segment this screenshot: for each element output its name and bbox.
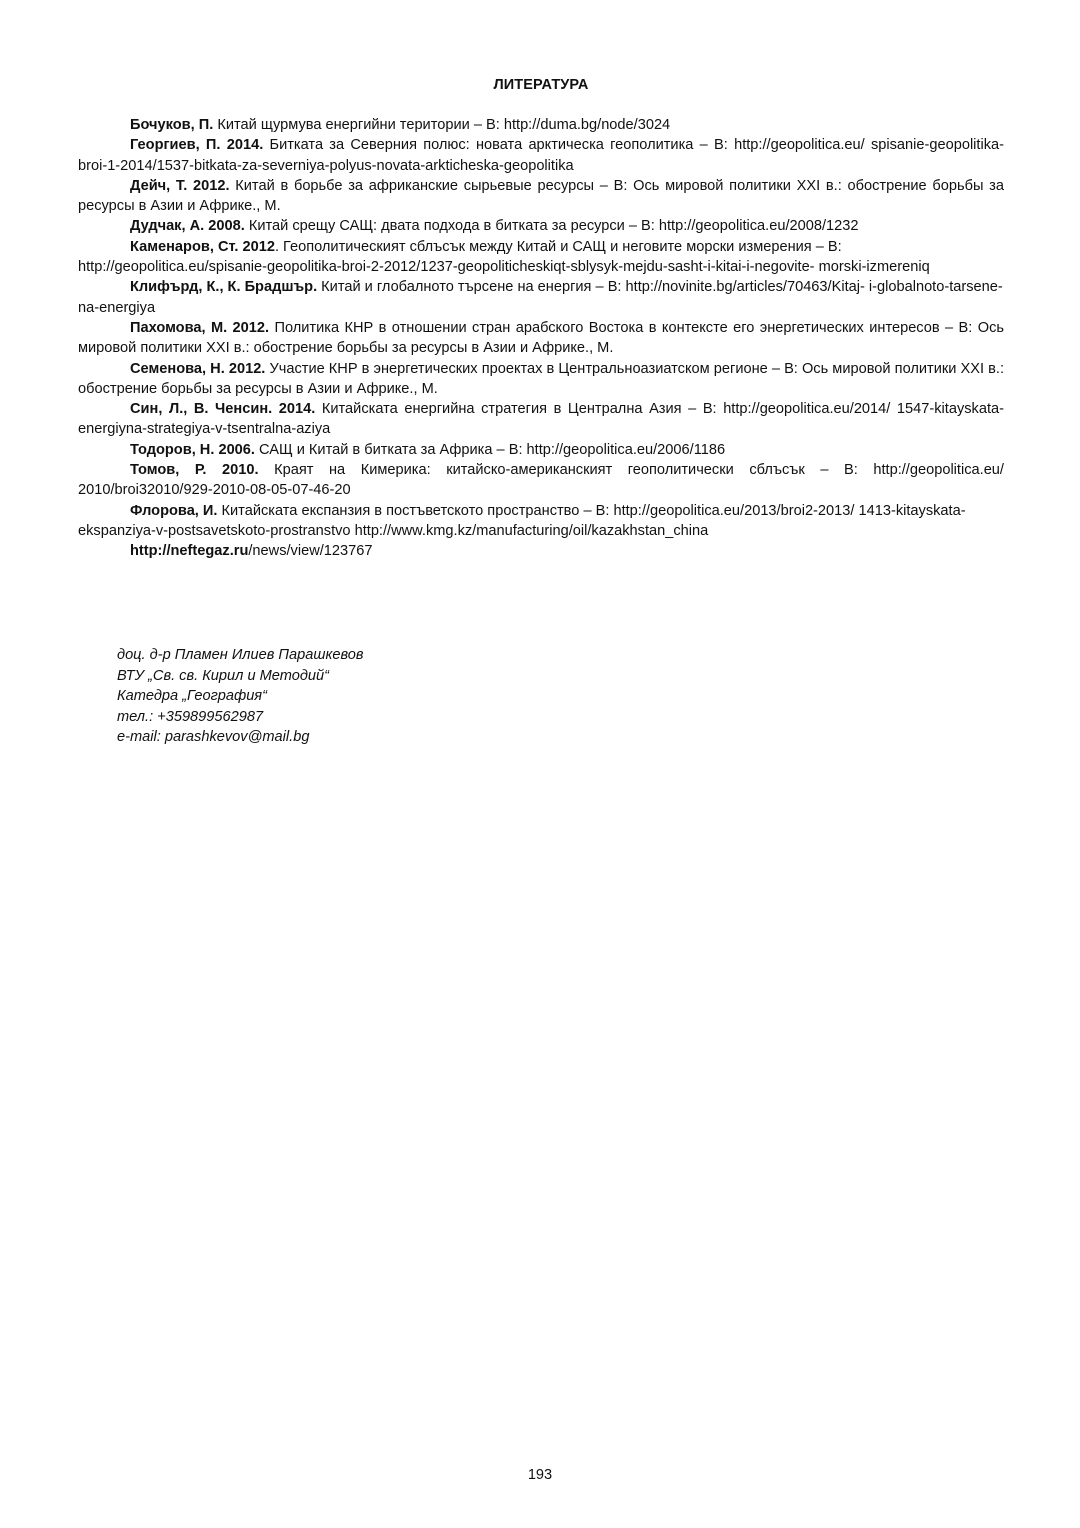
reference-author: Томов, Р. 2010. (130, 462, 259, 478)
reference-author: http://neftegaz.ru (130, 543, 248, 559)
reference-text: САЩ и Китай в битката за Африка – В: htt… (255, 442, 725, 458)
reference-author: Дейч, Т. 2012. (130, 178, 230, 194)
reference-author: Клифърд, К., К. Брадшър. (130, 279, 317, 295)
author-signature: доц. д-р Пламен Илиев Парашкевов ВТУ „Св… (117, 645, 364, 748)
reference-author: Пахомова, М. 2012. (130, 320, 269, 336)
author-institution: ВТУ „Св. св. Кирил и Методий“ (117, 666, 364, 687)
page-content: ЛИТЕРАТУРА Бочуков, П. Китай щурмува ене… (78, 77, 1004, 562)
reference-item: Томов, Р. 2010. Краят на Кимерика: китай… (78, 460, 1004, 501)
reference-author: Георгиев, П. 2014. (130, 137, 263, 153)
reference-item: Бочуков, П. Китай щурмува енергийни тери… (78, 115, 1004, 135)
reference-author: Семенова, Н. 2012. (130, 361, 265, 377)
reference-item: Син, Л., В. Ченсин. 2014. Китайската ене… (78, 399, 1004, 440)
reference-item: Тодоров, Н. 2006. САЩ и Китай в битката … (78, 440, 1004, 460)
reference-item: Дудчак, А. 2008. Китай срещу САЩ: двата … (78, 216, 1004, 236)
reference-item: Клифърд, К., К. Брадшър. Китай и глобалн… (78, 277, 1004, 318)
reference-item: Флорова, И. Китайската експанзия в постъ… (78, 501, 1004, 542)
reference-author: Каменаров, Ст. 2012 (130, 239, 275, 255)
reference-author: Тодоров, Н. 2006. (130, 442, 255, 458)
reference-author: Дудчак, А. 2008. (130, 218, 245, 234)
reference-text: /news/view/123767 (248, 543, 372, 559)
reference-author: Син, Л., В. Ченсин. 2014. (130, 401, 315, 417)
reference-item: Пахомова, М. 2012. Политика КНР в отноше… (78, 318, 1004, 359)
author-name: доц. д-р Пламен Илиев Парашкевов (117, 645, 364, 666)
reference-author: Бочуков, П. (130, 117, 213, 133)
reference-item: Георгиев, П. 2014. Битката за Северния п… (78, 135, 1004, 176)
reference-item: Каменаров, Ст. 2012. Геополитическият сб… (78, 237, 1004, 278)
reference-author: Флорова, И. (130, 503, 217, 519)
page-number: 193 (0, 1467, 1080, 1483)
section-title: ЛИТЕРАТУРА (78, 77, 1004, 93)
reference-text: Китай щурмува енергийни територии – В: h… (213, 117, 670, 133)
reference-item: http://neftegaz.ru/news/view/123767 (78, 541, 1004, 561)
reference-item: Дейч, Т. 2012. Китай в борьбе за африкан… (78, 176, 1004, 217)
reference-item: Семенова, Н. 2012. Участие КНР в энергет… (78, 359, 1004, 400)
author-department: Катедра „География“ (117, 686, 364, 707)
reference-list: Бочуков, П. Китай щурмува енергийни тери… (78, 115, 1004, 562)
reference-text: Китай срещу САЩ: двата подхода в битката… (245, 218, 859, 234)
author-phone: тел.: +359899562987 (117, 707, 364, 728)
author-email: e-mail: parashkevov@mail.bg (117, 727, 364, 748)
